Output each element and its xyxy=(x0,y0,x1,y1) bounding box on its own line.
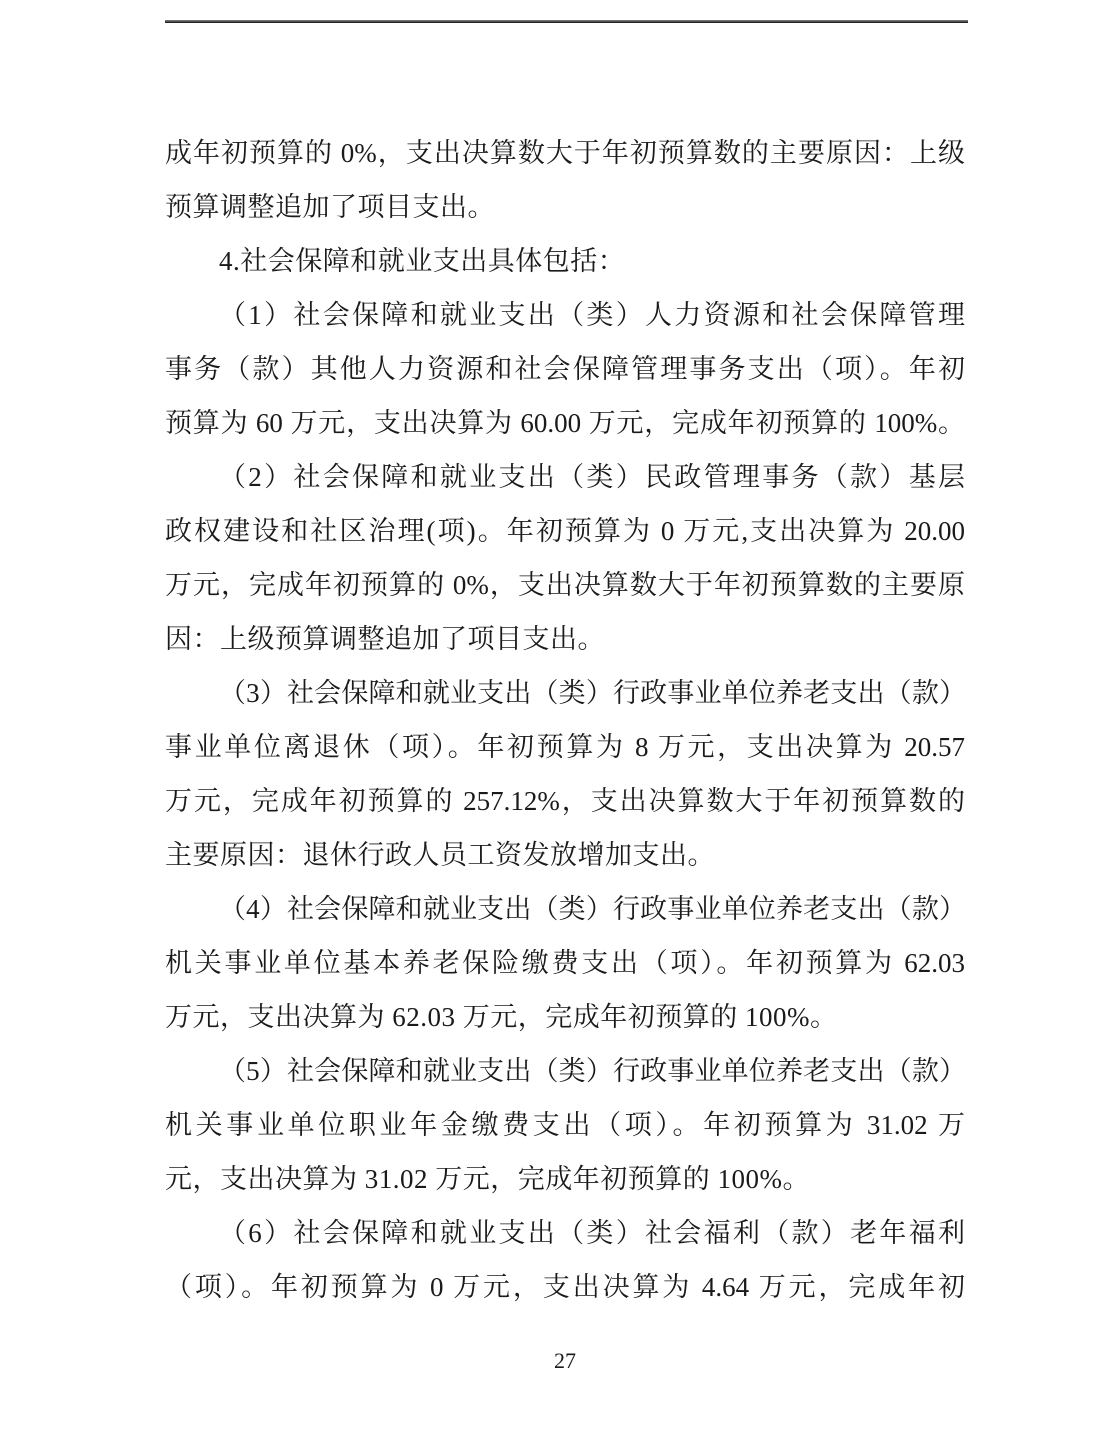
text-line: （2）社会保障和就业支出（类）民政管理事务（款）基层 xyxy=(165,450,965,504)
text-line: （1）社会保障和就业支出（类）人力资源和社会保障管理 xyxy=(165,288,965,342)
text-line: 元，支出决算为 31.02 万元，完成年初预算的 100%。 xyxy=(165,1152,965,1206)
text-line: 预算调整追加了项目支出。 xyxy=(165,180,965,234)
text-line: 主要原因：退休行政人员工资发放增加支出。 xyxy=(165,828,965,882)
text-line: 万元，支出决算为 62.03 万元，完成年初预算的 100%。 xyxy=(165,990,965,1044)
text-line: 因：上级预算调整追加了项目支出。 xyxy=(165,612,965,666)
document-page: 成年初预算的 0%，支出决算数大于年初预算数的主要原因：上级 预算调整追加了项目… xyxy=(0,0,1105,1430)
header-rule xyxy=(165,20,968,23)
text-line: 事业单位离退休（项）。年初预算为 8 万元，支出决算为 20.57 xyxy=(165,720,965,774)
text-line: （5）社会保障和就业支出（类）行政事业单位养老支出（款） xyxy=(165,1044,965,1098)
text-line: （4）社会保障和就业支出（类）行政事业单位养老支出（款） xyxy=(165,882,965,936)
document-body: 成年初预算的 0%，支出决算数大于年初预算数的主要原因：上级 预算调整追加了项目… xyxy=(165,126,965,1314)
text-line: 机关事业单位职业年金缴费支出（项）。年初预算为 31.02 万 xyxy=(165,1098,965,1152)
text-line: 万元，完成年初预算的 257.12%，支出决算数大于年初预算数的 xyxy=(165,774,965,828)
text-line: （项）。年初预算为 0 万元，支出决算为 4.64 万元，完成年初 xyxy=(165,1260,965,1314)
text-line: 预算为 60 万元，支出决算为 60.00 万元，完成年初预算的 100%。 xyxy=(165,396,965,450)
text-line: 4.社会保障和就业支出具体包括： xyxy=(165,234,965,288)
page-number: 27 xyxy=(165,1346,965,1376)
text-line: 事务（款）其他人力资源和社会保障管理事务支出（项）。年初 xyxy=(165,342,965,396)
text-line: 机关事业单位基本养老保险缴费支出（项）。年初预算为 62.03 xyxy=(165,936,965,990)
text-line: 成年初预算的 0%，支出决算数大于年初预算数的主要原因：上级 xyxy=(165,126,965,180)
text-line: 万元，完成年初预算的 0%，支出决算数大于年初预算数的主要原 xyxy=(165,558,965,612)
text-line: 政权建设和社区治理(项)。年初预算为 0 万元,支出决算为 20.00 xyxy=(165,504,965,558)
text-line: （6）社会保障和就业支出（类）社会福利（款）老年福利 xyxy=(165,1206,965,1260)
text-line: （3）社会保障和就业支出（类）行政事业单位养老支出（款） xyxy=(165,666,965,720)
